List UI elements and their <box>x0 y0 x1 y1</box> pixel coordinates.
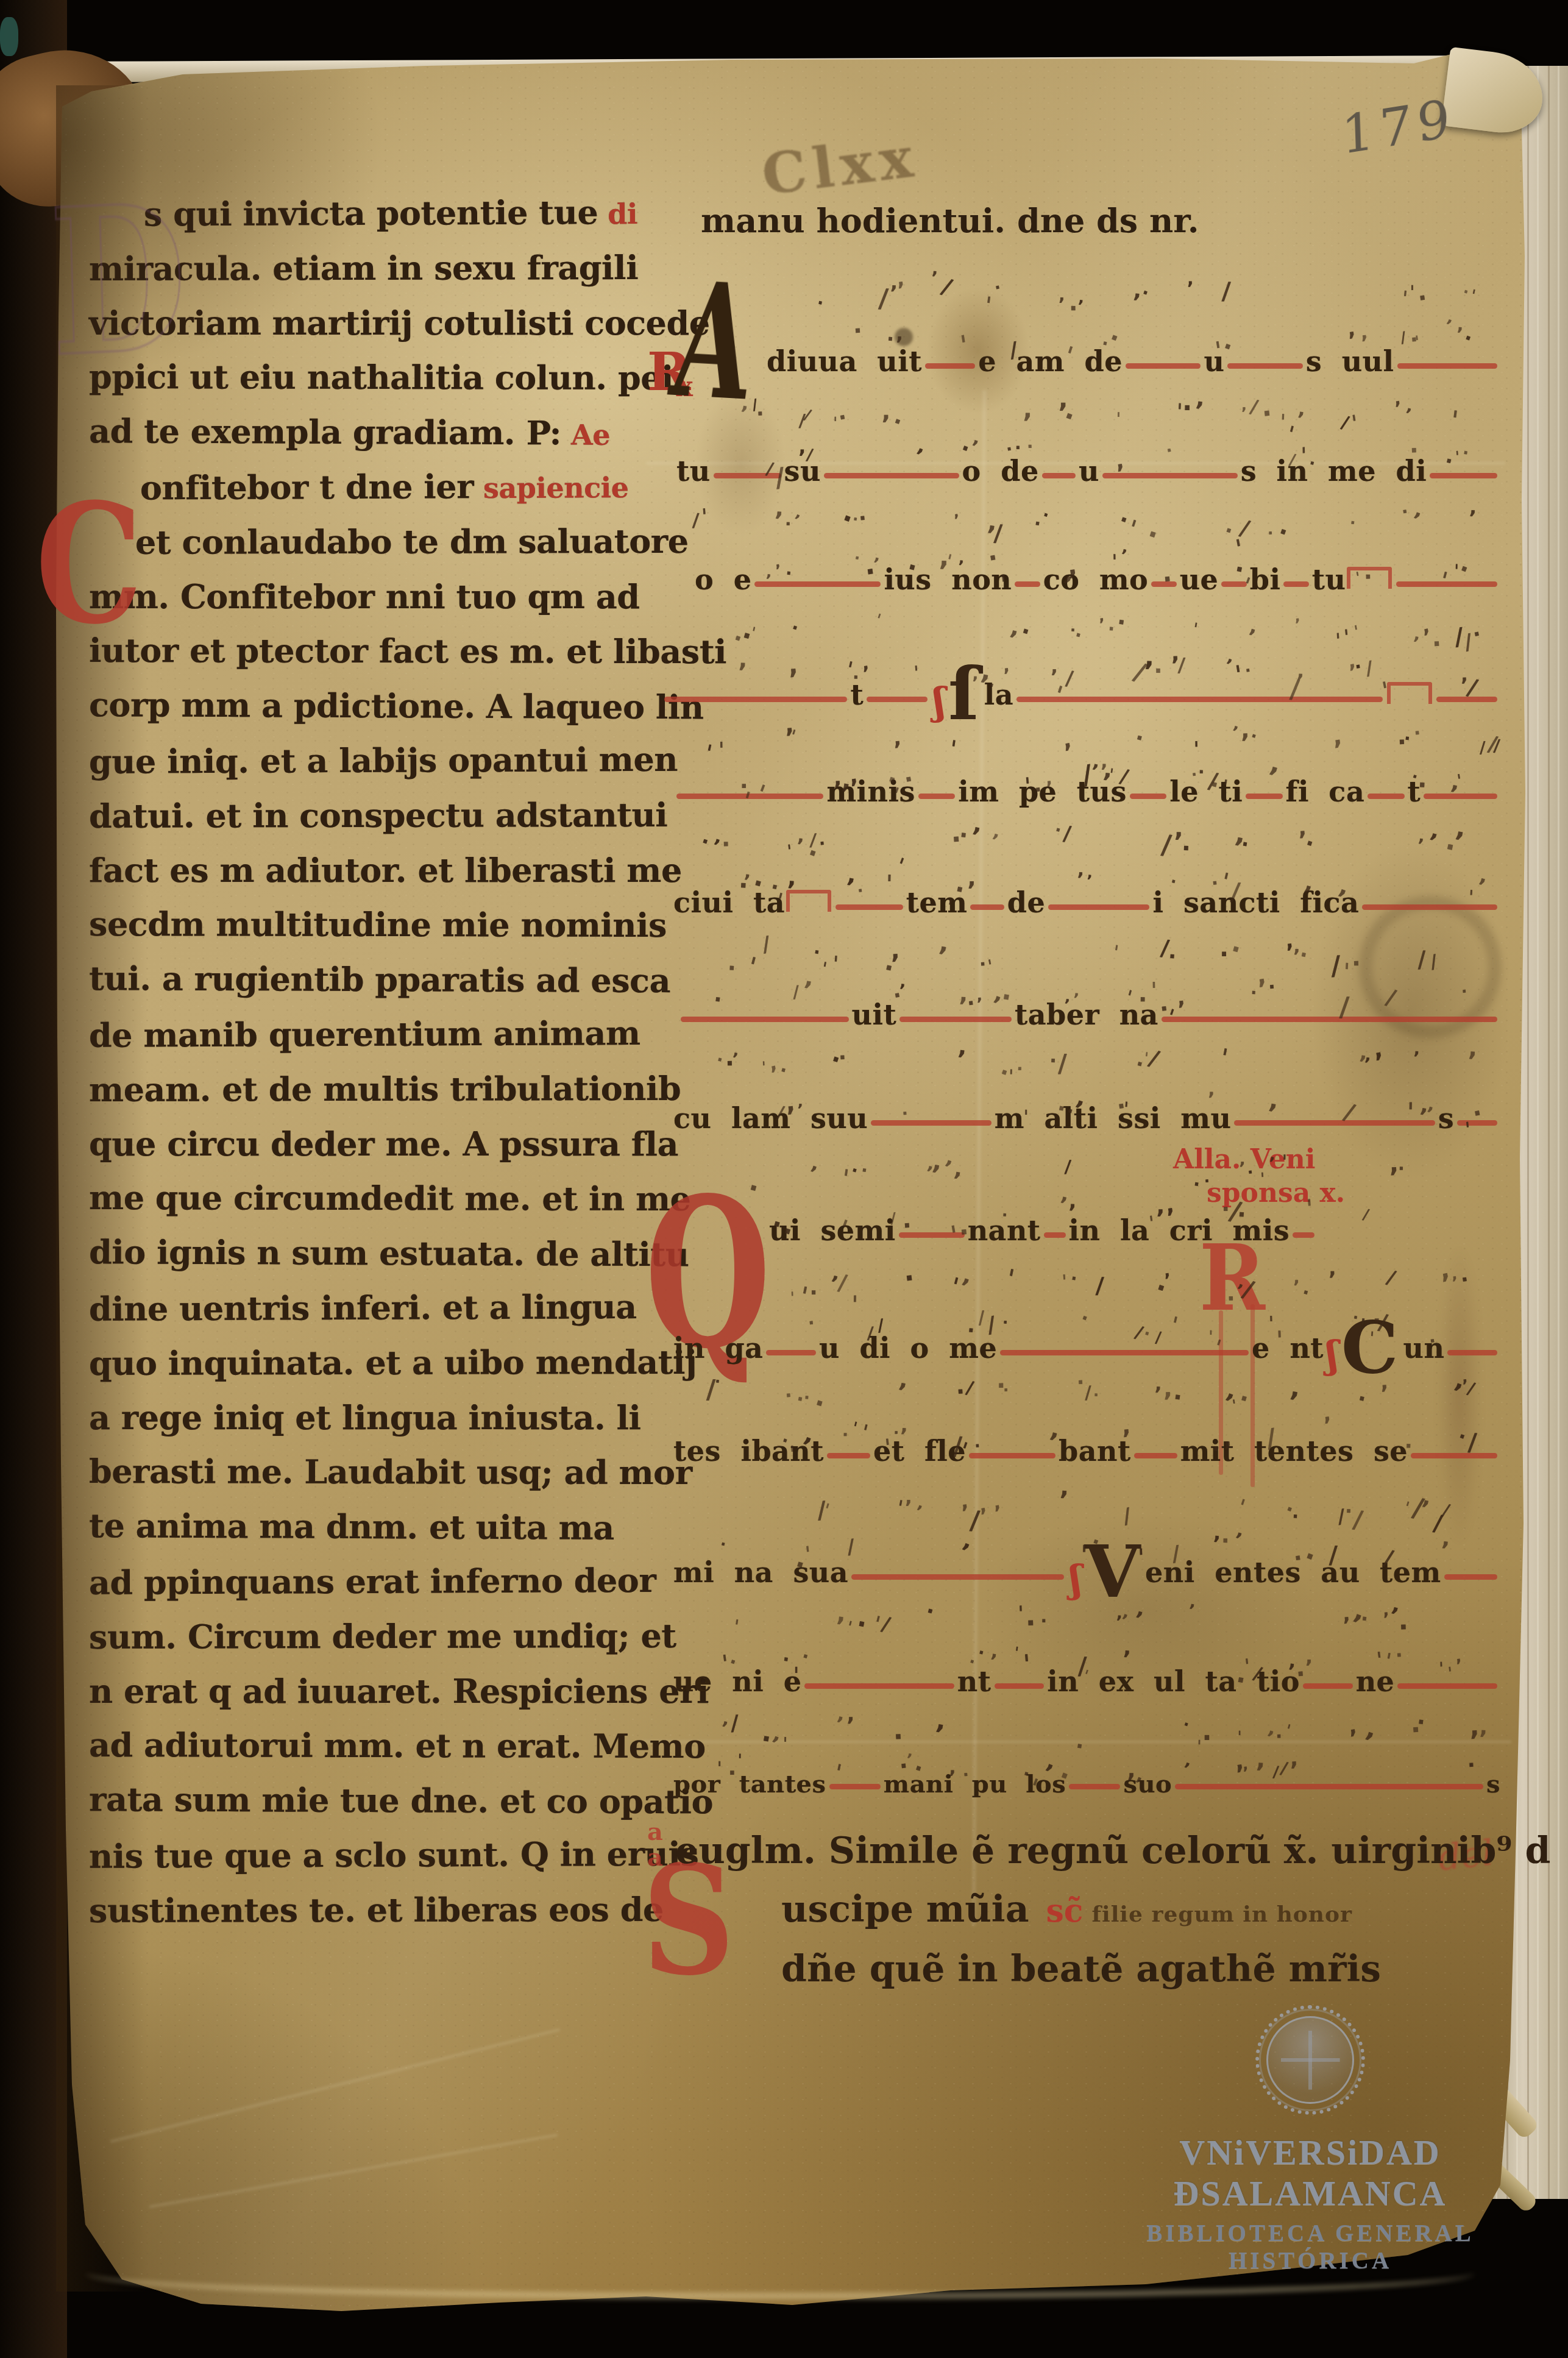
suscipe-faint-note: filie regum in honor <box>1091 1902 1352 1927</box>
neume-mark: ˌ <box>789 1280 795 1299</box>
chant-syllables: i sancti fica <box>1152 886 1359 919</box>
neume-mark: · <box>1431 630 1442 658</box>
library-watermark: VNiVERSiDAD ƉSALAMANCA BIBLIOTECA GENERA… <box>1127 2005 1493 2275</box>
neume-mark: · <box>1202 1723 1212 1753</box>
neume-mark: ʼ <box>1208 1089 1215 1110</box>
red-extension-line <box>1162 1017 1497 1022</box>
chant-syllables: o e <box>695 563 751 596</box>
neume-mark: ʼ <box>1328 1268 1337 1292</box>
neume-mark: · <box>1015 438 1021 458</box>
neume-mark: ˈ <box>1410 283 1415 304</box>
watermark-salamanca: ƉSALAMANCA <box>1127 2173 1493 2214</box>
neume-mark: · <box>1266 524 1274 542</box>
neume-mark: · <box>1138 985 1148 1012</box>
text-line: berasti me. Laudabit usq; ad mor <box>72 1452 630 1508</box>
red-extension-line <box>1175 1784 1483 1789</box>
neume-mark: / <box>1221 277 1231 305</box>
text-line: mm. Confitebor nni tuo qm ad <box>72 577 630 632</box>
neume-mark: ʼ <box>1293 1276 1299 1297</box>
red-extension-line <box>766 1350 816 1355</box>
neume-mark: / <box>993 520 1003 547</box>
neume-mark: ʼ <box>905 1497 912 1519</box>
red-extension-line <box>1368 794 1404 799</box>
manuscript-photo: 179 Clxx s qui invicta potentie tuedimir… <box>0 0 1568 2358</box>
chant-syllables: taber na <box>1015 998 1158 1031</box>
neume-mark: ˌ <box>1208 1319 1213 1338</box>
red-extension-line <box>804 1683 954 1689</box>
red-extension-line <box>995 1683 1045 1689</box>
chant-syllables: ue <box>1180 563 1219 596</box>
neume-mark: ʼ <box>881 410 890 438</box>
chant-syllables: de <box>1007 886 1045 919</box>
neume-mark: · <box>1182 393 1192 423</box>
text-line-main: quo inquinata. et a uibo mendatij <box>89 1343 697 1383</box>
neume-mark: / <box>1329 1541 1338 1569</box>
chant-line: ciui tatemdei sancti fica <box>673 886 1500 919</box>
neume-mark: · <box>838 1046 847 1071</box>
text-line: meam. et de multis tribulationib <box>72 1069 630 1125</box>
chant-capital: V <box>1084 1549 1140 1594</box>
text-line: dine uentris inferi. et a lingua <box>72 1287 630 1344</box>
evangelium-line: euglm. Simile ẽ regnũ celorũ x̃. uirgini… <box>675 1830 1550 1872</box>
neume-mark: ʼ <box>1290 1757 1299 1784</box>
neume-mark: / <box>1467 1428 1478 1457</box>
neume-mark: ˈ <box>885 870 893 900</box>
chant-syllables: bant <box>1059 1435 1131 1468</box>
neume-mark: ʼ <box>1241 403 1247 421</box>
red-flourish: ʃ <box>1070 1568 1082 1590</box>
red-extension-line <box>1397 1683 1497 1689</box>
chant-syllables: tu <box>1312 563 1346 596</box>
red-extension-line <box>918 794 955 799</box>
neume-mark: / <box>1085 1382 1091 1403</box>
neume-mark: · <box>1068 295 1077 322</box>
neume-mark: · <box>1016 1059 1024 1079</box>
text-line-main: corp mm a pdictione. A laqueo lin <box>89 685 704 726</box>
red-extension-line <box>1397 363 1498 369</box>
neume-mark: / <box>1339 992 1350 1023</box>
neume-mark: · <box>956 1379 965 1405</box>
neume-mark: · <box>1291 1506 1299 1527</box>
neume-mark: / <box>1417 946 1426 973</box>
neume-mark: ˌ <box>1468 876 1475 898</box>
faded-initial-D: D <box>48 177 189 384</box>
neume-mark: / <box>809 829 817 850</box>
neume-mark: · <box>756 402 765 425</box>
text-line-main: ad adiutorui mm. et n erat. Memo <box>89 1725 706 1766</box>
red-extension-line <box>1444 1574 1497 1580</box>
neume-mark: ʼ <box>1058 1486 1069 1515</box>
red-flourish: ʃ <box>1326 1343 1339 1366</box>
rubric-line: Alla. Veni <box>1173 1143 1345 1176</box>
university-seal-icon <box>1255 2005 1365 2115</box>
red-extension-line <box>824 473 959 478</box>
neume-mark: ʼ <box>798 446 806 469</box>
secret-line: dñe quẽ in beatẽ agathẽ mr̃is <box>781 1948 1381 1990</box>
text-line: ad te exempla gradiam. P:Ae <box>72 411 630 469</box>
neume-mark: · <box>1352 950 1361 977</box>
red-extension-line <box>970 904 1004 910</box>
chant-syllables: por tantes <box>673 1770 826 1799</box>
neume-mark: · <box>1250 983 1257 1002</box>
neume-mark: · <box>1198 762 1205 782</box>
neume-mark: · <box>852 317 863 345</box>
neume-mark: / <box>867 1323 874 1343</box>
red-extension-line <box>1048 904 1149 910</box>
neume-mark: ʼ <box>1238 1159 1246 1178</box>
text-line-main: gue iniq. et a labijs opantui men <box>89 740 678 781</box>
red-extension-line <box>871 1120 992 1126</box>
chant-line: diuua uite am deus uul <box>767 345 1500 378</box>
neume-mark: / <box>1095 1272 1104 1298</box>
neume-mark: ˈ <box>717 1759 722 1780</box>
neume-mark: ʼ <box>1212 1531 1221 1555</box>
chant-line: tes ibantet flebantmit tentes se <box>673 1435 1500 1468</box>
chant-syllables: cu lam suu <box>673 1102 868 1135</box>
chant-syllables: in ga <box>673 1332 763 1365</box>
red-extension-line <box>1015 581 1040 587</box>
neume-mark: / <box>1064 1156 1071 1177</box>
neume-mark: / <box>792 982 800 1002</box>
text-line-main: mm. Confitebor nni tuo qm ad <box>89 577 640 616</box>
neume-mark: ˌ <box>1196 1727 1202 1747</box>
chant-syllables: in la cri mis <box>1069 1214 1290 1247</box>
neume-mark: ʼ <box>1122 1646 1132 1672</box>
red-extension-line <box>969 1453 1055 1458</box>
red-step-bracket <box>1387 682 1432 704</box>
neume-mark: ˈ <box>1282 1152 1288 1174</box>
neume-mark: · <box>1093 1387 1099 1404</box>
text-line-main: n erat q ad iuuaret. Respiciens eri <box>89 1672 709 1711</box>
red-extension-line <box>1303 1683 1353 1689</box>
neume-mark: ʼ <box>1068 1201 1077 1225</box>
text-line-main: s qui invicta potentie tue <box>144 193 598 233</box>
text-line-main: secdm multitudine mie nominis <box>89 904 667 945</box>
text-line-red-abbrev: di <box>608 197 637 230</box>
text-line-main: te anima ma dnm. et uita ma <box>89 1506 614 1547</box>
neume-mark: · <box>974 1437 981 1455</box>
text-line-main: rata sum mie tue dne. et co opatio <box>89 1780 713 1821</box>
neume-mark: / <box>890 1209 896 1227</box>
neume-mark: ʼ <box>949 1767 956 1789</box>
chant-syllables: ciui ta <box>673 886 785 919</box>
neume-mark: ʼ <box>1456 324 1463 344</box>
neume-mark: ʼ <box>1156 1205 1165 1232</box>
text-line-main: de manib querentium animam <box>89 1014 640 1055</box>
neume-mark: ˈ <box>1151 978 1158 1004</box>
text-line-main: a rege iniq et lingua iniusta. li <box>89 1398 641 1437</box>
left-text-column: s qui invicta potentie tuedimiracula. et… <box>72 194 630 1945</box>
red-extension-line <box>1042 473 1076 478</box>
text-line: a rege iniq et lingua iniusta. li <box>72 1398 630 1453</box>
neume-mark: ˌ <box>1137 1532 1144 1559</box>
red-extension-line <box>1293 1232 1314 1238</box>
text-line-main: dio ignis n sum estuata. de altitu <box>89 1232 689 1274</box>
chant-syllables: mi na sua <box>673 1556 848 1589</box>
red-extension-line <box>1016 697 1383 702</box>
neume-mark: ʼ <box>1023 408 1033 438</box>
watermark-university: VNiVERSiDAD <box>1127 2132 1493 2173</box>
neume-mark: ʼ <box>846 1713 855 1738</box>
neume-mark: · <box>728 1760 737 1786</box>
text-line: iutor et ptector fact es m. et libasti <box>72 631 630 687</box>
red-extension-line <box>1424 794 1497 799</box>
chant-line: o eius nonco mouebitu <box>695 563 1500 596</box>
university-seal-core <box>1266 2016 1354 2104</box>
neume-mark: ˌ <box>851 1278 859 1306</box>
neume-mark: ʼ <box>1086 872 1093 890</box>
red-extension-line <box>867 697 928 702</box>
red-extension-line <box>1227 363 1302 369</box>
red-extension-line <box>1430 473 1497 478</box>
text-line: datui. et in conspectu adstantui <box>72 795 630 851</box>
chant-line: por tantesmani pu lossuos <box>673 1770 1500 1799</box>
text-line: te anima ma dnm. et uita ma <box>72 1506 630 1563</box>
neume-mark: ˈ <box>1280 411 1287 435</box>
neume-mark: · <box>784 1384 793 1407</box>
red-extension-line <box>851 1574 1064 1580</box>
neume-mark: / <box>1330 951 1341 982</box>
text-line-main: datui. et in conspectu adstantui <box>89 795 667 836</box>
neume-mark: ˌ <box>793 1650 800 1677</box>
red-extension-line <box>754 581 881 587</box>
red-extension-line <box>925 363 975 369</box>
chant-syllables: e nt <box>1252 1332 1324 1365</box>
text-line-main: tui. a rugientib pparatis ad esca <box>89 959 670 1000</box>
suscipe-red-abbrev: sc̃ <box>1046 1892 1084 1930</box>
text-line: tui. a rugientib pparatis ad esca <box>72 959 630 1016</box>
neume-mark: · <box>901 1104 909 1123</box>
text-line: fact es m adiutor. et liberasti me <box>72 851 630 906</box>
neume-mark: ˈ <box>737 1752 743 1770</box>
neume-mark: · <box>1040 1611 1047 1631</box>
text-line-main: que circu deder me. A pssura fla <box>89 1124 678 1163</box>
neume-mark: ʼ <box>737 658 747 686</box>
chant-syllables: s <box>1486 1770 1500 1799</box>
red-extension-line <box>1126 363 1201 369</box>
neume-mark: ʼ <box>795 835 804 858</box>
text-line: me que circumdedit me. et in me <box>72 1178 630 1234</box>
chant-syllables: s in me di <box>1241 455 1427 488</box>
red-extension-line <box>1069 1784 1120 1789</box>
neume-mark: · <box>803 1389 811 1407</box>
text-line: et conlaudabo te dm saluatore <box>72 522 630 578</box>
neume-mark: ˈ <box>1023 1107 1029 1129</box>
neume-mark: ʼ <box>1305 1655 1313 1678</box>
chant-syllables: o de <box>962 455 1039 488</box>
red-extension-line <box>1362 904 1497 910</box>
neume-mark: ˈ <box>1268 1312 1275 1335</box>
text-line: rata sum mie tue dne. et co opatio <box>72 1780 630 1837</box>
text-line: secdm multitudine mie nominis <box>72 904 630 961</box>
text-line-main: nis tue que a sclo sunt. Q in eruis <box>89 1834 699 1876</box>
neume-mark: · <box>1417 770 1428 800</box>
text-line: dio ignis n sum estuata. de altitu <box>72 1232 630 1290</box>
neume-mark: · <box>893 1722 904 1752</box>
text-line: gue iniq. et a labijs opantui men <box>72 740 630 797</box>
neume-mark: ʼ <box>890 948 901 978</box>
neume-mark: / <box>1058 1049 1067 1078</box>
neume-mark: ʼ <box>1101 761 1107 783</box>
chant-syllables: m alti ssi mu <box>995 1102 1232 1135</box>
neume-mark: · <box>1219 941 1229 968</box>
text-line-red-abbrev: Ae <box>571 419 610 452</box>
chant-syllables: uit <box>852 998 897 1031</box>
neume-mark: · <box>810 1281 818 1305</box>
neume-mark: · <box>1181 835 1191 862</box>
text-line-main: dine uentris inferi. et a lingua <box>89 1287 637 1329</box>
red-extension-line <box>1283 581 1308 587</box>
neume-mark: ʼ <box>967 878 976 904</box>
neume-mark: ʼ <box>900 1424 909 1447</box>
neume-mark: · <box>1154 658 1162 684</box>
text-line: sum. Circum deder me undiq; et <box>72 1616 630 1672</box>
chant-syllables: u <box>1079 455 1099 488</box>
neume-mark: ʼ <box>1059 294 1065 314</box>
red-extension-line <box>1246 794 1282 799</box>
neume-mark: ʼ <box>1143 656 1154 687</box>
neume-mark: ʼ <box>1154 1383 1162 1405</box>
suscipe-text: uscipe mũia <box>781 1888 1029 1931</box>
text-line-main: sustinentes te. et liberas eos de <box>89 1890 664 1930</box>
text-line-main: onfitebor t dne ier <box>140 467 474 507</box>
neume-mark: ʼ <box>786 876 796 904</box>
neume-mark: ʼ <box>896 333 903 355</box>
neume-mark: ˌ <box>1237 1719 1242 1738</box>
neume-mark: · <box>1049 1049 1058 1072</box>
neume-mark: · <box>1025 1608 1036 1639</box>
neume-mark: · <box>853 667 860 687</box>
neume-mark: · <box>1221 1528 1230 1553</box>
text-line-red-abbrev: sapiencie <box>483 471 629 505</box>
text-line-main: sum. Circum deder me undiq; et <box>89 1616 676 1657</box>
neume-mark: · <box>1001 1206 1008 1224</box>
red-extension-line <box>664 697 847 702</box>
neume-mark: ʼ <box>1073 990 1080 1009</box>
neume-mark: / <box>878 283 889 314</box>
text-line: n erat q ad iuuaret. Respiciens eri <box>72 1672 630 1727</box>
text-line-main: et conlaudabo te dm saluatore <box>135 522 689 562</box>
neume-mark: ˌ <box>1080 1526 1089 1557</box>
neume-mark: · <box>962 1766 969 1785</box>
neume-mark: ʼ <box>1413 1048 1420 1068</box>
red-initial-C: C <box>35 481 143 646</box>
neume-mark: ˌ <box>1275 1312 1283 1341</box>
text-line-main: meam. et de multis tribulationib <box>89 1069 681 1109</box>
chant-syllables: tu <box>676 455 711 488</box>
neume-mark: · <box>1409 437 1419 464</box>
neume-mark: ˌ <box>1009 1056 1015 1077</box>
text-line: de manib querentium animam <box>72 1014 630 1071</box>
neume-mark: / <box>692 510 699 531</box>
red-extension-line <box>827 1453 870 1458</box>
chant-syllables: s <box>1438 1102 1454 1135</box>
red-margin-marks: a a <box>647 1819 663 1870</box>
neume-mark: / <box>730 1711 739 1736</box>
suscipe-line: uscipe mũiasc̃filie regum in honor <box>781 1888 1352 1931</box>
neume-mark: ʼ <box>976 995 984 1014</box>
text-line: que circu deder me. A pssura fla <box>72 1124 630 1179</box>
text-line: nis tue que a sclo sunt. Q in eruis <box>72 1834 630 1892</box>
neume-mark: ˈ <box>700 505 709 531</box>
red-extension-line <box>1411 1453 1497 1458</box>
text-line: ad adiutorui mm. et n erat. Memo <box>72 1725 630 1781</box>
text-line-main: ad te exempla gradiam. P: <box>89 411 561 452</box>
neume-mark: · <box>784 514 791 534</box>
text-line-main: iutor et ptector fact es m. et libasti <box>89 631 726 671</box>
text-line: quo inquinata. et a uibo mendatij <box>72 1343 630 1399</box>
chant-line: tʃſla <box>661 672 1500 711</box>
red-extension-line <box>1130 794 1166 799</box>
neume-mark: ˌ <box>788 1429 796 1456</box>
neume-mark: · <box>1398 1158 1405 1179</box>
neume-mark: · <box>1002 1380 1009 1398</box>
neume-mark: · <box>1404 1434 1413 1458</box>
watermark-library: BIBLIOTECA GENERAL HISTÓRICA <box>1127 2220 1493 2275</box>
neume-mark: · <box>1344 1500 1353 1523</box>
chant-header-line: manu hodientui. dne ds nr. <box>701 201 1199 240</box>
neume-mark: · <box>1275 1726 1283 1747</box>
neume-mark: · <box>901 1212 912 1240</box>
text-line-main: fact es m adiutor. et liberasti me <box>89 851 682 890</box>
neume-mark: ˈ <box>1407 1098 1415 1129</box>
binding-thread <box>0 17 18 56</box>
neume-mark: ʼ <box>1163 1387 1172 1415</box>
text-line: corp mm a pdictione. A laqueo lin <box>72 685 630 742</box>
neume-mark: ˈ <box>1193 738 1200 762</box>
red-flourish: ʃ <box>933 690 946 712</box>
neume-mark: · <box>1398 1612 1409 1642</box>
neume-mark: ˈ <box>1017 1602 1024 1626</box>
neume-mark: · <box>893 1424 899 1441</box>
neume-mark: · <box>1026 436 1034 456</box>
neume-mark: / <box>1480 739 1486 758</box>
chant-syllables: nt <box>957 1665 992 1698</box>
neume-mark: · <box>1364 563 1373 589</box>
text-line: ad ppinquans erat inferno deor <box>72 1561 630 1618</box>
neume-mark: ˈ <box>1116 409 1121 430</box>
neume-mark: ʼ <box>1187 278 1194 299</box>
neume-mark: ˈ <box>1300 444 1307 469</box>
red-extension-line <box>681 1017 849 1022</box>
neume-mark: ˈ <box>1112 551 1118 574</box>
text-line-main: berasti me. Laudabit usq; ad mor <box>89 1452 692 1492</box>
red-extension-line <box>835 904 903 910</box>
neume-mark: · <box>842 1426 849 1444</box>
chant-syllables: un <box>1403 1332 1445 1365</box>
neume-mark: ˈ <box>1439 1659 1445 1679</box>
neume-mark: · <box>1107 619 1116 641</box>
neume-mark: / <box>1177 653 1186 677</box>
chant-syllables: eni entes au tem <box>1145 1556 1441 1589</box>
neume-mark: · <box>727 954 737 981</box>
red-extension-line <box>1134 1453 1177 1458</box>
neume-mark: ʼ <box>1478 1727 1488 1752</box>
neume-mark: ˌ <box>717 726 725 751</box>
text-line: sustinentes te. et liberas eos de <box>72 1890 630 1946</box>
text-line-main: me que circumdedit me. et in me <box>89 1178 691 1218</box>
red-extension-line <box>1044 1232 1066 1238</box>
text-line: onfitebor t dne iersapiencie <box>72 466 630 524</box>
text-line-main: ad ppinquans erat inferno deor <box>89 1561 656 1602</box>
neume-mark: · <box>721 831 730 858</box>
neume-mark: · <box>979 954 987 976</box>
initial-A: A <box>674 261 754 424</box>
red-extension-line <box>1447 1350 1497 1355</box>
neume-mark: ʼ <box>1076 868 1084 890</box>
neume-mark: ˈ <box>782 1734 789 1755</box>
chant-syllables: fi ca <box>1286 775 1365 808</box>
